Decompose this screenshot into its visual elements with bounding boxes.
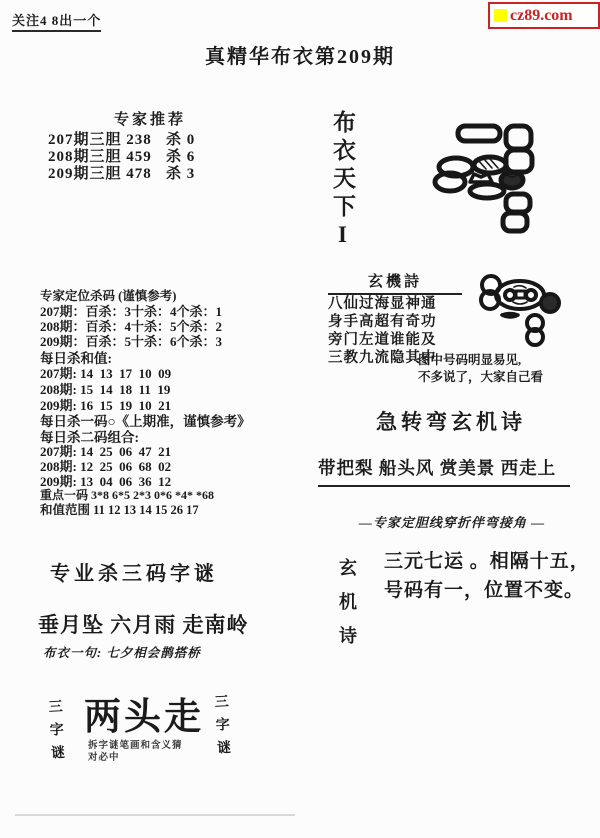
mystery-poem-text: 三元七运 。相隔十五， 号码有一，位置不变。 xyxy=(384,547,590,605)
follow-note: 关注4 8出一个 xyxy=(12,10,101,32)
three-char-riddle-note: 拆字谜笔画和含义猜 对必中 xyxy=(88,741,183,764)
xuanji-poem-line: 旁门左道谁能及 xyxy=(328,331,462,349)
expert-recommend-title: 专家推荐 xyxy=(60,108,240,129)
turn-poem-verse: 带把梨 船头风 赏美景 西走上 xyxy=(318,455,570,487)
turn-poem-separator: —专家定胆线穿折伴弯接角 — xyxy=(332,512,572,531)
xuanji-poem-line: 八仙过海显神通 xyxy=(328,295,462,313)
sum-range-line: 和值范围 11 12 13 14 15 26 17 xyxy=(40,500,330,518)
mystery-poem-line: 三元七运 。相隔十五， xyxy=(384,547,590,576)
three-char-riddle-right-label: 三字谜 xyxy=(209,694,233,764)
sketch-note-line: 不多说了，大家自己看 xyxy=(418,369,543,386)
sketch-note: 图中号码明显易见, 不多说了，大家自己看 xyxy=(418,352,543,386)
buyi-tianxia-vertical-title: 布衣天下I xyxy=(327,110,357,252)
riddle-title: 专业杀三码字谜 xyxy=(50,557,218,586)
three-char-riddle-note-line: 拆字谜笔画和含义猜 xyxy=(88,741,183,753)
hand-drawn-circles-doodle xyxy=(420,110,580,250)
site-link-text: cz89.com xyxy=(510,8,573,24)
mystery-poem-vertical-title: 玄机诗 xyxy=(334,558,360,660)
expert-recommend-row: 209期三胆 478 杀 3 xyxy=(48,162,195,183)
hand-drawn-face-doodle xyxy=(450,263,580,355)
three-char-riddle-note-line: 对必中 xyxy=(88,753,183,765)
site-link-banner[interactable]: cz89.com xyxy=(488,2,600,29)
bottom-faint-line xyxy=(15,814,295,816)
xuanji-poem-line: 身手高超有奇功 xyxy=(328,313,462,331)
turn-poem-title: 急转弯玄机诗 xyxy=(320,406,582,436)
page-title: 真精华布衣第209期 xyxy=(0,40,600,69)
lottery-sheet: 关注4 8出一个 cz89.com 真精华布衣第209期 专家推荐 207期三胆… xyxy=(0,0,600,838)
yellow-square-icon xyxy=(494,9,507,22)
xuanji-poem-title: 玄機詩 xyxy=(328,270,462,295)
three-char-riddle-left-label: 三字谜 xyxy=(43,699,67,769)
riddle-verse: 垂月坠 六月雨 走南岭 xyxy=(38,609,249,639)
sketch-note-line: 图中号码明显易见, xyxy=(418,352,543,369)
riddle-buyi-line: 布衣一句: 七夕相会鹊搭桥 xyxy=(43,643,201,661)
mystery-poem-line: 号码有一，位置不变。 xyxy=(384,576,590,605)
three-char-riddle-answer: 两头走 xyxy=(84,686,204,740)
